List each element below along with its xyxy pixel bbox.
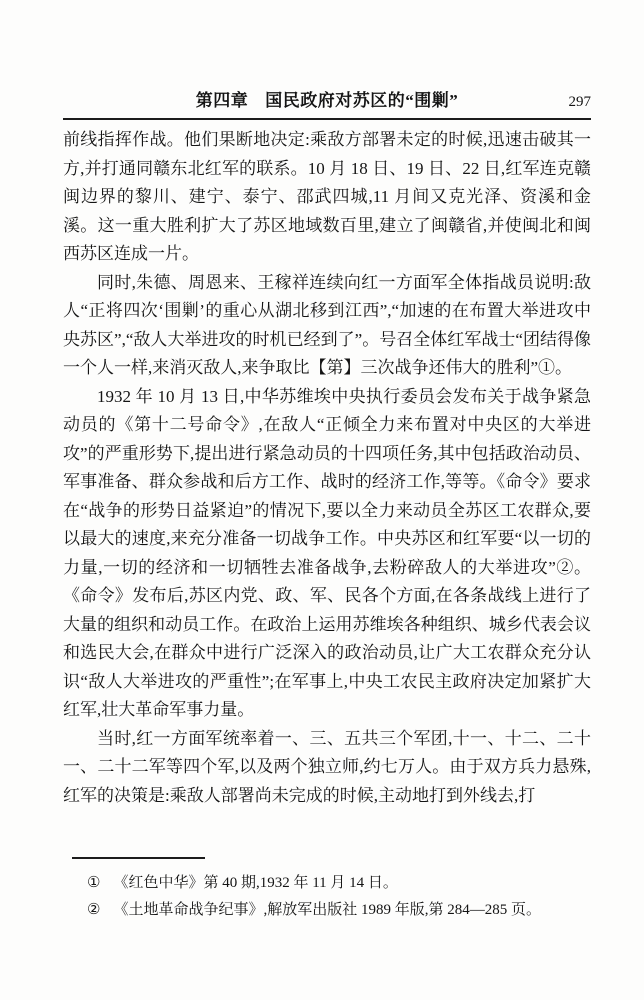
running-head-row: 第四章国民政府对苏区的“围剿” 297: [63, 86, 591, 111]
footnote-marker-1: ①: [87, 870, 100, 897]
footnote-2: ②《土地革命战争纪事》,解放军出版社 1989 年版,第 284—285 页。: [63, 897, 591, 924]
footnote-text-2: 《土地革命战争纪事》,解放军出版社 1989 年版,第 284—285 页。: [113, 902, 541, 918]
footnotes-section: ①《红色中华》第 40 期,1932 年 11 月 14 日。 ②《土地革命战争…: [63, 857, 591, 924]
paragraph-3: 1932 年 10 月 13 日,中华苏维埃中央执行委员会发布关于战争紧急动员的…: [63, 383, 591, 725]
page-number: 297: [549, 94, 591, 111]
body-text: 前线指挥作战。他们果断地决定:乘敌方部署未定的时候,迅速击破其一方,并打通同赣东…: [63, 126, 591, 810]
footnote-marker-2: ②: [87, 897, 100, 924]
book-page: 第四章国民政府对苏区的“围剿” 297 前线指挥作战。他们果断地决定:乘敌方部署…: [0, 0, 644, 1000]
footnote-list: ①《红色中华》第 40 期,1932 年 11 月 14 日。 ②《土地革命战争…: [63, 870, 591, 924]
chapter-label: 第四章: [196, 91, 249, 110]
footnote-1: ①《红色中华》第 40 期,1932 年 11 月 14 日。: [63, 870, 591, 897]
footnote-text-1: 《红色中华》第 40 期,1932 年 11 月 14 日。: [113, 875, 397, 891]
footnote-rule: [72, 857, 205, 859]
page-header: 第四章国民政府对苏区的“围剿” 297: [63, 86, 591, 120]
header-rule: [63, 118, 591, 120]
paragraph-continuation: 前线指挥作战。他们果断地决定:乘敌方部署未定的时候,迅速击破其一方,并打通同赣东…: [63, 126, 591, 269]
chapter-title: 国民政府对苏区的“围剿”: [265, 91, 458, 110]
paragraph-2: 同时,朱德、周恩来、王稼祥连续向红一方面军全体指战员说明:敌人“正将四次‘围剿’…: [63, 269, 591, 383]
paragraph-4: 当时,红一方面军统率着一、三、五共三个军团,十一、十二、二十一、二十二军等四个军…: [63, 725, 591, 811]
running-head: 第四章国民政府对苏区的“围剿”: [105, 86, 549, 111]
